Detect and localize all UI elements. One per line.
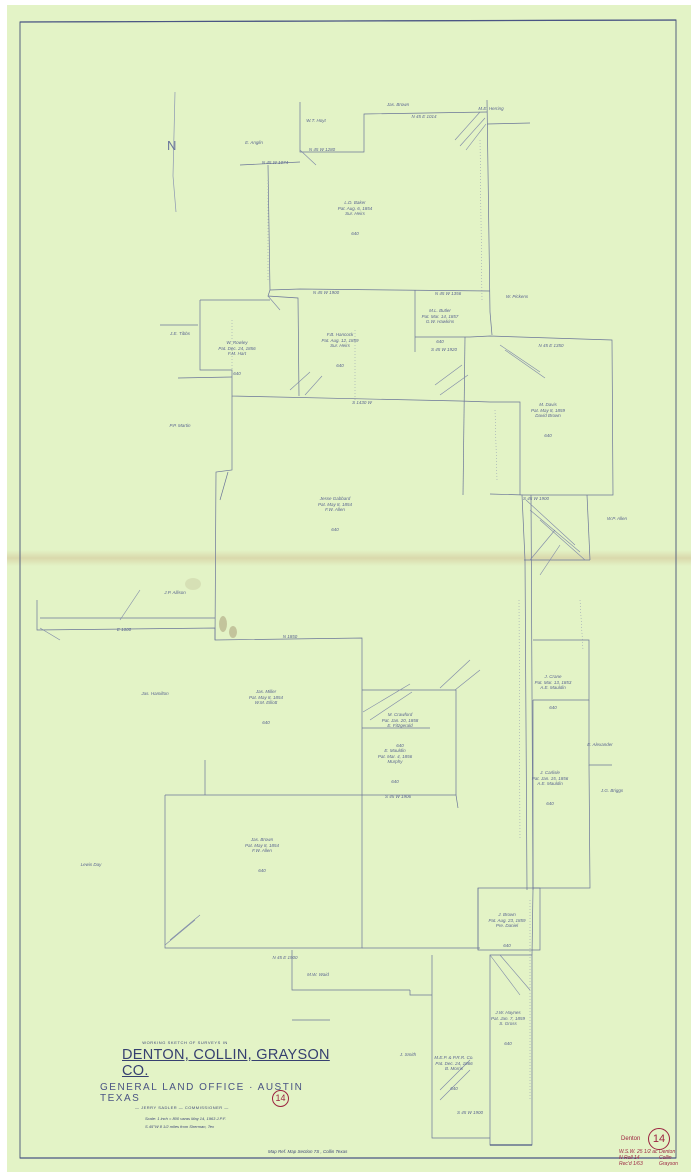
bearing-label: N 45 W 1074 (262, 160, 288, 166)
title-office: GENERAL LAND OFFICE · AUSTIN TEXAS (100, 1082, 340, 1104)
survey-label: M.E. Herring (478, 106, 503, 112)
survey-label: W. RowleyPat. Dec. 24, 1856F.M. Hart640 (218, 340, 255, 377)
stamp-refs-right: Denton Collin Grayson (659, 1149, 678, 1167)
acreage: 640 (531, 433, 565, 439)
stamp-number: 14 (648, 1128, 670, 1150)
bearing-label: N 1850 (283, 634, 298, 640)
survey-label: F.B. HancockPat. Aug. 12, 1859Sur. Heirs… (321, 332, 358, 369)
survey-label: W.P. Allen (607, 516, 627, 522)
survey-label: Lewis Day (81, 862, 102, 868)
survey-label: J.G. Briggs (601, 788, 623, 794)
bearing-label: N 45 E 1900 (272, 955, 297, 961)
scale-note: Scale: 1 inch = 800 varas May 14, 1963 J… (145, 1116, 340, 1121)
survey-label: M.L. ButlerPat. Mar. 14, 1857G.W. Hawkin… (422, 308, 459, 345)
title-commissioner: — JERRY SADLER — COMMISSIONER — (135, 1105, 340, 1110)
survey-label: J.P. Allison (164, 590, 186, 596)
bearing-label: S 45 W 1900 (523, 496, 549, 502)
sheet-note: S 45°W 8 1/2 miles from Sherman, Tex (145, 1124, 340, 1129)
survey-label: W. Pickens (506, 294, 528, 300)
survey-label: P.P. Martin (169, 423, 190, 429)
survey-label: E. Anglin (245, 140, 263, 146)
bearing-label: N 45 W 1356 (435, 291, 461, 297)
bearing-label: S 45 W 1920 (431, 347, 457, 353)
survey-label: M.E.P. & P.R.R. Co.Pat. Dec. 24, 1866B. … (434, 1055, 473, 1092)
survey-label: E. MauldinPat. Mar. 4, 1856Murphy640 (378, 748, 412, 785)
survey-label: E. Alexander (587, 742, 613, 748)
survey-label: Jas. Brown (387, 102, 409, 108)
acreage: 640 (249, 720, 283, 726)
circled-sheet-number: 14 (272, 1090, 289, 1107)
survey-label: W.T. Hoyt (306, 118, 325, 124)
north-arrow-label: N (167, 138, 176, 153)
stamp-county: Denton (621, 1136, 640, 1142)
survey-linework (0, 0, 700, 1176)
stamp-refs-left: W.S.W. 25 1/2 ac N Roll 14 Rec'd 1/63 (619, 1149, 658, 1167)
title-block: WORKING SKETCH OF SURVEYS IN DENTON, COL… (100, 1040, 340, 1129)
acreage: 640 (488, 943, 525, 949)
survey-label: M. CrawfordPat. Jan. 20, 1858E. Fitzgera… (382, 712, 419, 749)
bearing-label: N 45 E 1014 (411, 114, 436, 120)
title-heading: WORKING SKETCH OF SURVEYS IN (100, 1040, 270, 1045)
acreage: 640 (422, 339, 459, 345)
bearing-label: N 45 W 1280 (309, 147, 335, 153)
survey-label: J. CarlislePat. Jan. 15, 1856A.E. Mauldi… (532, 770, 569, 807)
survey-label: Jesse GabbardPat. May 8, 1854F.W. Allen6… (318, 496, 352, 533)
acreage: 640 (532, 801, 569, 807)
acreage: 640 (535, 705, 572, 711)
survey-label: M.W. Waid (307, 972, 329, 978)
acreage: 640 (491, 1041, 525, 1047)
survey-label: J. BrownPat. Aug. 23, 1859Pre. Daniel640 (488, 912, 525, 949)
bearing-label: E 1000 (117, 627, 131, 633)
bearing-label: S 1430 W (352, 400, 372, 406)
survey-label: L.D. BakerPat. Aug. 6, 1854Sur. Heirs640 (338, 200, 373, 237)
footer-map-reference: Map Ref. Map Section 7S , Collin Texas (268, 1149, 347, 1154)
acreage: 640 (378, 779, 412, 785)
survey-label: J.E. Tibbs (170, 331, 190, 337)
acreage: 640 (218, 371, 255, 377)
acreage: 640 (245, 868, 279, 874)
acreage: 640 (338, 231, 373, 237)
acreage: 640 (434, 1086, 473, 1092)
bearing-label: N 45 W 1900 (313, 290, 339, 296)
bearing-label: S 45 W 1906 (385, 794, 411, 800)
acreage: 640 (318, 527, 352, 533)
survey-label: Jas. MillerPat. May 8, 1854W.M. Elliott6… (249, 689, 283, 726)
survey-label: Jas. BrownPat. May 8, 1854F.W. Allen640 (245, 837, 279, 874)
survey-label: M. DavisPat. May 8, 1859David Brown640 (531, 402, 565, 439)
survey-label: J. CranePat. Mar. 13, 1853A.E. Mauldin64… (535, 674, 572, 711)
title-counties: DENTON, COLLIN, GRAYSON CO. (122, 1047, 340, 1079)
bearing-label: S 45 W 1900 (457, 1110, 483, 1116)
survey-label: J. Smith (400, 1052, 416, 1058)
survey-label: J.W. HaynesPat. Jan. 7, 1859S. Gross640 (491, 1010, 525, 1047)
bearing-label: N 45 E 1350 (538, 343, 563, 349)
survey-label: Jas. Hamilton (141, 691, 168, 697)
acreage: 640 (321, 363, 358, 369)
